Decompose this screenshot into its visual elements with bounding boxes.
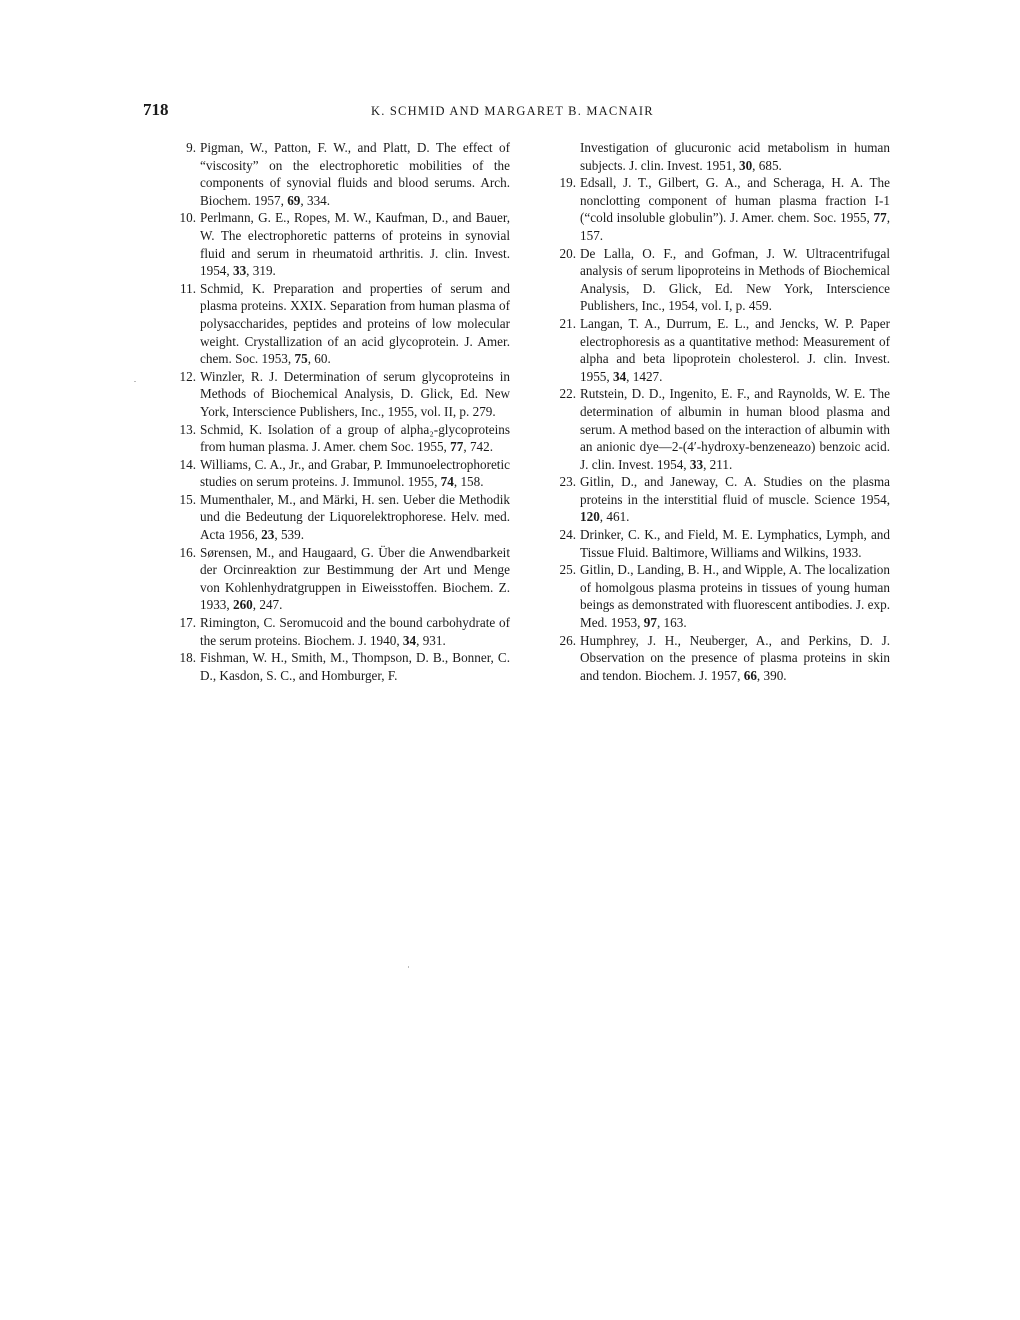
page-number: 718 xyxy=(143,100,169,120)
reference-pages: , 742. xyxy=(463,439,493,454)
reference-entry: 24.Drinker, C. K., and Field, M. E. Lymp… xyxy=(556,526,890,561)
reference-volume: 34 xyxy=(403,633,416,648)
reference-entry: 14.Williams, C. A., Jr., and Grabar, P. … xyxy=(176,456,510,491)
reference-volume: 260 xyxy=(233,597,253,612)
reference-number: 13. xyxy=(160,421,196,439)
reference-volume: 97 xyxy=(644,615,657,630)
reference-number: 10. xyxy=(160,209,196,227)
reference-pages: , 685. xyxy=(752,158,782,173)
reference-number: 23. xyxy=(540,473,576,491)
reference-number: 19. xyxy=(540,174,576,192)
reference-pages: , 1427. xyxy=(626,369,662,384)
reference-entry: 19.Edsall, J. T., Gilbert, G. A., and Sc… xyxy=(556,174,890,244)
reference-number: 26. xyxy=(540,632,576,650)
reference-pages: , 319. xyxy=(246,263,276,278)
reference-volume: 23 xyxy=(261,527,274,542)
reference-entry: 13.Schmid, K. Isolation of a group of al… xyxy=(176,421,510,456)
reference-text: Gitlin, D., and Janeway, C. A. Studies o… xyxy=(580,474,890,507)
reference-entry: 9.Pigman, W., Patton, F. W., and Platt, … xyxy=(176,139,510,209)
reference-number: 16. xyxy=(160,544,196,562)
reference-number: 24. xyxy=(540,526,576,544)
reference-pages: , 334. xyxy=(300,193,330,208)
reference-entry: 20.De Lalla, O. F., and Gofman, J. W. Ul… xyxy=(556,245,890,315)
reference-text: Schmid, K. Preparation and properties of… xyxy=(200,281,510,366)
reference-number: 25. xyxy=(540,561,576,579)
reference-number: 12. xyxy=(160,368,196,386)
reference-entry: 22.Rutstein, D. D., Ingenito, E. F., and… xyxy=(556,385,890,473)
reference-text: Investigation of glucuronic acid metabol… xyxy=(580,140,890,173)
reference-pages: , 390. xyxy=(757,668,787,683)
reference-pages: , 461. xyxy=(600,509,630,524)
reference-volume: 30 xyxy=(739,158,752,173)
reference-pages: , 60. xyxy=(308,351,331,366)
reference-text: Fishman, W. H., Smith, M., Thompson, D. … xyxy=(200,650,510,683)
references-right-column: Investigation of glucuronic acid metabol… xyxy=(556,139,890,684)
reference-text: Rimington, C. Seromucoid and the bound c… xyxy=(200,615,510,648)
reference-volume: 69 xyxy=(287,193,300,208)
reference-number: 21. xyxy=(540,315,576,333)
reference-entry: 16.Sørensen, M., and Haugaard, G. Über d… xyxy=(176,544,510,614)
reference-entry: 17.Rimington, C. Seromucoid and the boun… xyxy=(176,614,510,649)
reference-pages: , 211. xyxy=(703,457,732,472)
reference-number: 22. xyxy=(540,385,576,403)
reference-text: Pigman, W., Patton, F. W., and Platt, D.… xyxy=(200,140,510,208)
reference-volume: 33 xyxy=(690,457,703,472)
reference-entry: 12.Winzler, R. J. Determination of serum… xyxy=(176,368,510,421)
reference-number: 14. xyxy=(160,456,196,474)
reference-text: Edsall, J. T., Gilbert, G. A., and Scher… xyxy=(580,175,890,225)
reference-number: 17. xyxy=(160,614,196,632)
reference-pages: , 539. xyxy=(274,527,304,542)
reference-entry: 11.Schmid, K. Preparation and properties… xyxy=(176,280,510,368)
reference-volume: 77 xyxy=(450,439,463,454)
reference-entry: 15.Mumenthaler, M., and Märki, H. sen. U… xyxy=(176,491,510,544)
reference-text: De Lalla, O. F., and Gofman, J. W. Ultra… xyxy=(580,246,890,314)
references-left-column: 9.Pigman, W., Patton, F. W., and Platt, … xyxy=(176,139,510,684)
reference-entry: 21.Langan, T. A., Durrum, E. L., and Jen… xyxy=(556,315,890,385)
reference-text: Gitlin, D., Landing, B. H., and Wipple, … xyxy=(580,562,890,630)
reference-text: Drinker, C. K., and Field, M. E. Lymphat… xyxy=(580,527,890,560)
reference-entry: 23.Gitlin, D., and Janeway, C. A. Studie… xyxy=(556,473,890,526)
reference-volume: 66 xyxy=(744,668,757,683)
reference-text: Winzler, R. J. Determination of serum gl… xyxy=(200,369,510,419)
reference-pages: , 247. xyxy=(253,597,283,612)
reference-entry: 26.Humphrey, J. H., Neuberger, A., and P… xyxy=(556,632,890,685)
reference-volume: 75 xyxy=(295,351,308,366)
running-head: K. SCHMID AND MARGARET B. MACNAIR xyxy=(371,104,654,119)
reference-volume: 77 xyxy=(874,210,887,225)
reference-text: Humphrey, J. H., Neuberger, A., and Perk… xyxy=(580,633,890,683)
scan-speck xyxy=(134,381,136,382)
reference-number: 20. xyxy=(540,245,576,263)
reference-entry: 10.Perlmann, G. E., Ropes, M. W., Kaufma… xyxy=(176,209,510,279)
references-right-list: 19.Edsall, J. T., Gilbert, G. A., and Sc… xyxy=(556,174,890,684)
reference-entry: 25.Gitlin, D., Landing, B. H., and Wippl… xyxy=(556,561,890,631)
reference-number: 11. xyxy=(160,280,196,298)
reference-pages: , 931. xyxy=(416,633,446,648)
reference-entry: 18.Fishman, W. H., Smith, M., Thompson, … xyxy=(176,649,510,684)
reference-pages: , 163. xyxy=(657,615,687,630)
reference-volume: 34 xyxy=(613,369,626,384)
reference-pages: , 158. xyxy=(454,474,484,489)
reference-text: Mumenthaler, M., and Märki, H. sen. Uebe… xyxy=(200,492,510,542)
reference-continuation: Investigation of glucuronic acid metabol… xyxy=(556,139,890,174)
reference-number: 15. xyxy=(160,491,196,509)
reference-volume: 33 xyxy=(233,263,246,278)
scan-speck xyxy=(408,966,409,968)
reference-number: 18. xyxy=(160,649,196,667)
reference-text: Rutstein, D. D., Ingenito, E. F., and Ra… xyxy=(580,386,890,471)
reference-volume: 120 xyxy=(580,509,600,524)
reference-number: 9. xyxy=(160,139,196,157)
reference-volume: 74 xyxy=(441,474,454,489)
